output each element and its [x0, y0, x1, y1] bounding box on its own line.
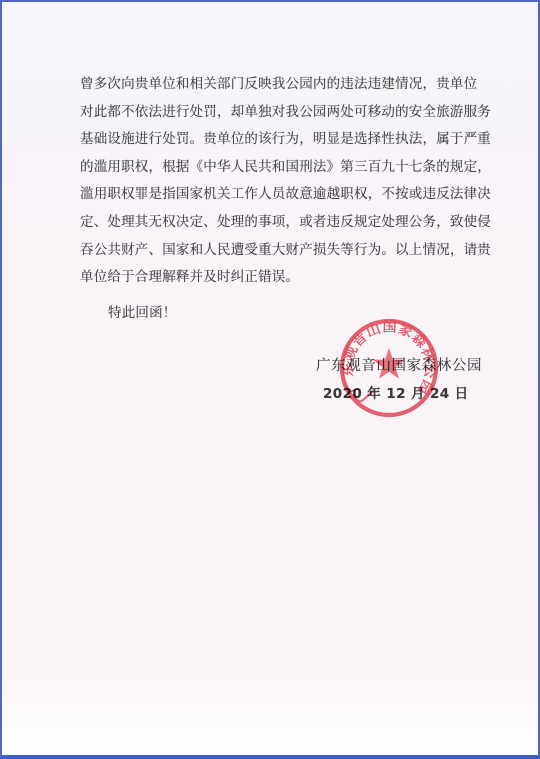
body-line: 单位给于合理解释并及时纠正错误。	[80, 264, 466, 292]
body-line: 曾多次向贵单位和相关部门反映我公园内的违法违建情况，贵单位	[80, 71, 466, 99]
body-line: 吞公共财产、国家和人民遭受重大财产损失等行为。以上情况，请贵	[80, 237, 466, 265]
seal-star-icon	[373, 348, 405, 379]
letter-body: 曾多次向贵单位和相关部门反映我公园内的违法违建情况，贵单位 对此都不依法进行处罚…	[80, 71, 466, 327]
body-line: 对此都不依法进行处罚，却单独对我公园两处可移动的安全旅游服务	[80, 99, 466, 127]
body-line: 基础设施进行处罚。贵单位的该行为，明显是选择性执法，属于严重	[80, 126, 466, 154]
official-seal: 广东观音山国家森林公园	[338, 316, 442, 422]
seal-mark-squiggle	[354, 391, 373, 401]
body-line: 的滥用职权，根据《中华人民共和国刑法》第三百九十七条的规定，	[80, 154, 466, 182]
scanned-letter-page: 曾多次向贵单位和相关部门反映我公园内的违法违建情况，贵单位 对此都不依法进行处罚…	[0, 0, 540, 759]
body-line: 定、处理其无权决定、处理的事项，或者违反规定处理公务，致使侵	[80, 209, 466, 237]
body-line: 滥用职权罪是指国家机关工作人员故意逾越职权，不按或违反法律决	[80, 181, 466, 209]
